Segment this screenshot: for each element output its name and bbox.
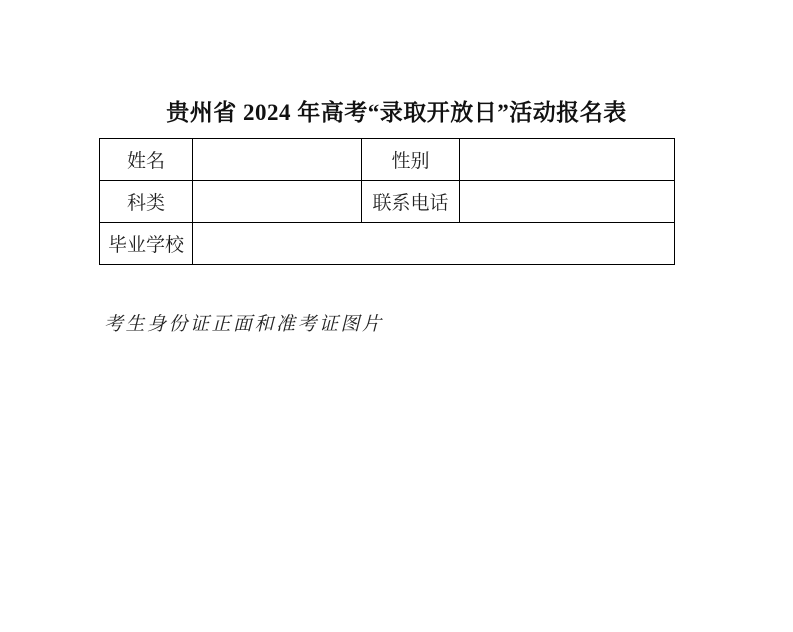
name-label: 姓名 [100,139,193,181]
name-input-cell[interactable] [193,139,362,181]
registration-form-table: 姓名 性别 科类 联系电话 毕业学校 [99,138,675,265]
contact-phone-label: 联系电话 [362,181,460,223]
graduating-school-input-cell[interactable] [193,223,675,265]
form-title: 贵州省 2024 年高考“录取开放日”活动报名表 [0,99,793,127]
table-row-name-gender: 姓名 性别 [100,139,675,181]
contact-phone-input-cell[interactable] [460,181,675,223]
gender-label: 性别 [362,139,460,181]
table-row-school: 毕业学校 [100,223,675,265]
attachment-caption: 考生身份证正面和准考证图片 [104,312,384,338]
graduating-school-label: 毕业学校 [100,223,193,265]
document-page: 贵州省 2024 年高考“录取开放日”活动报名表 姓名 性别 科类 联系电话 毕… [0,0,793,632]
subject-category-label: 科类 [100,181,193,223]
subject-category-input-cell[interactable] [193,181,362,223]
table-row-category-phone: 科类 联系电话 [100,181,675,223]
gender-input-cell[interactable] [460,139,675,181]
